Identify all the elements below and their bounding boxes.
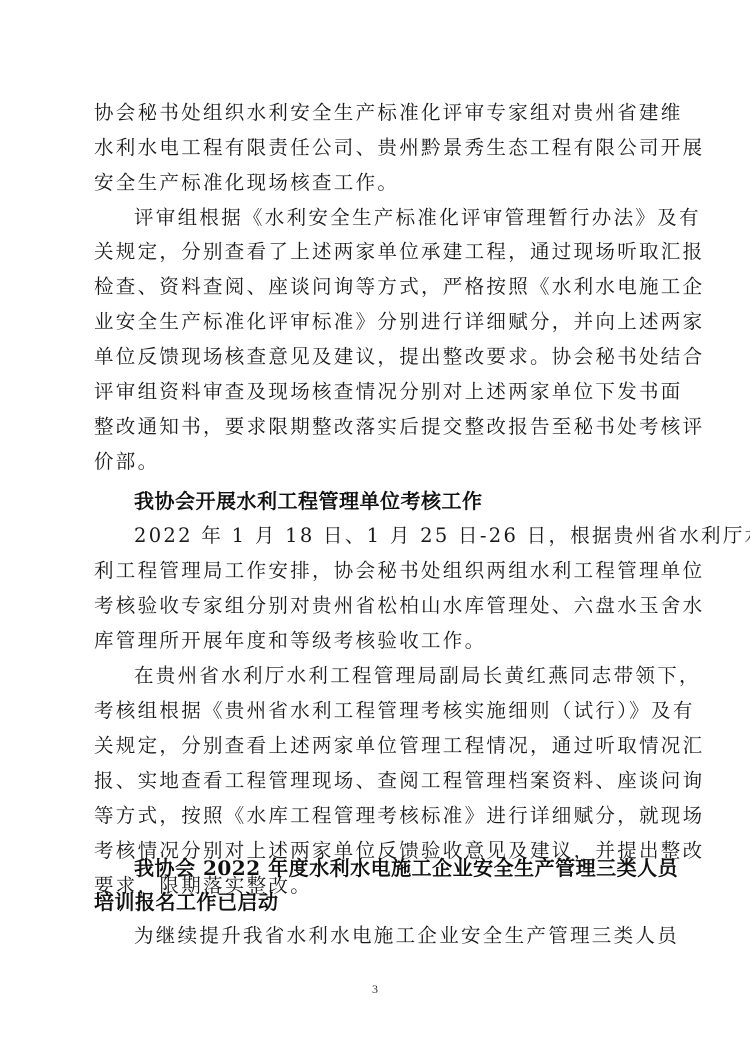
paragraph-line: 关规定，分别查看了上述两家单位承建工程，通过现场听取汇报 xyxy=(94,235,657,269)
paragraph-line: 评审组资料审查及现场核查情况分别对上述两家单位下发书面 xyxy=(94,375,657,409)
paragraph-line: 价部。 xyxy=(94,445,657,479)
paragraph-line: 协会秘书处组织水利安全生产标准化评审专家组对贵州省建维 xyxy=(94,96,657,130)
paragraph-line: 考核组根据《贵州省水利工程管理考核实施细则（试行）》及有 xyxy=(94,694,657,728)
paragraph-line: 水利水电工程有限责任公司、贵州黔景秀生态工程有限公司开展 xyxy=(94,131,657,165)
paragraph-line: 关规定，分别查看上述两家单位管理工程情况，通过听取情况汇 xyxy=(94,729,657,763)
section-heading-training: 我协会 2022 年度水利水电施工企业安全生产管理三类人员 xyxy=(134,851,657,885)
paragraph-line: 单位反馈现场核查意见及建议，提出整改要求。协会秘书处结合 xyxy=(94,340,657,374)
paragraph-line: 为继续提升我省水利水电施工企业安全生产管理三类人员 xyxy=(134,919,657,953)
page-number: 3 xyxy=(0,982,750,997)
paragraph-line: 整改通知书，要求限期整改落实后提交整改报告至秘书处考核评 xyxy=(94,410,657,444)
paragraph-first-line: 评审组根据《水利安全生产标准化评审管理暂行办法》及有 xyxy=(134,201,657,235)
paragraph-line: 库管理所开展年度和等级考核验收工作。 xyxy=(94,624,657,658)
paragraph-first-line: 2022 年 1 月 18 日、1 月 25 日-26 日，根据贵州省水利厅水 xyxy=(134,519,657,553)
paragraph-line: 检查、资料查阅、座谈问询等方式，严格按照《水利水电施工企 xyxy=(94,270,657,304)
paragraph-line: 利工程管理局工作安排，协会秘书处组织两组水利工程管理单位 xyxy=(94,554,657,588)
paragraph-line: 等方式，按照《水库工程管理考核标准》进行详细赋分，就现场 xyxy=(94,799,657,833)
section-heading: 我协会开展水利工程管理单位考核工作 xyxy=(134,484,657,518)
paragraph-first-line: 在贵州省水利厅水利工程管理局副局长黄红燕同志带领下， xyxy=(134,659,657,693)
paragraph-line: 安全生产标准化现场核查工作。 xyxy=(94,166,657,200)
section-heading-training-cont: 培训报名工作已启动 xyxy=(94,885,617,919)
paragraph-line: 报、实地查看工程管理现场、查阅工程管理档案资料、座谈问询 xyxy=(94,764,657,798)
paragraph-line: 考核验收专家组分别对贵州省松柏山水库管理处、六盘水玉舍水 xyxy=(94,589,657,623)
paragraph-line: 业安全生产标准化评审标准》分别进行详细赋分，并向上述两家 xyxy=(94,305,657,339)
